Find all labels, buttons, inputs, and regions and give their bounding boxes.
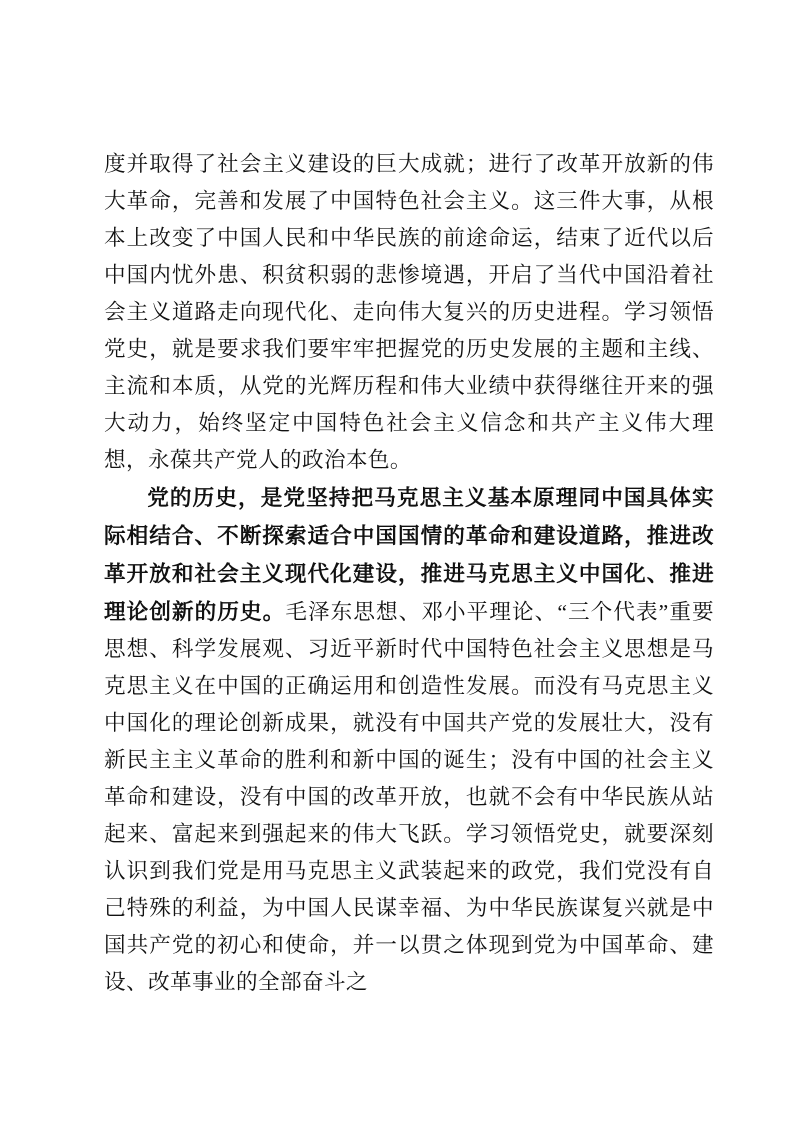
paragraph-1-text: 度并取得了社会主义建设的巨大成就；进行了改革开放新的伟大革命，完善和发展了中国特… [104,152,714,472]
paragraph-2-text: 毛泽东思想、邓小平理论、“三个代表”重要思想、科学发展观、习近平新时代中国特色社… [104,600,714,994]
paragraph-1: 度并取得了社会主义建设的巨大成就；进行了改革开放新的伟大革命，完善和发展了中国特… [104,146,714,479]
paragraph-2: 党的历史，是党坚持把马克思主义基本原理同中国具体实际相结合、不断探索适合中国国情… [104,479,714,1001]
document-page: 度并取得了社会主义建设的巨大成就；进行了改革开放新的伟大革命，完善和发展了中国特… [0,0,793,1122]
document-body: 度并取得了社会主义建设的巨大成就；进行了改革开放新的伟大革命，完善和发展了中国特… [104,146,714,1001]
